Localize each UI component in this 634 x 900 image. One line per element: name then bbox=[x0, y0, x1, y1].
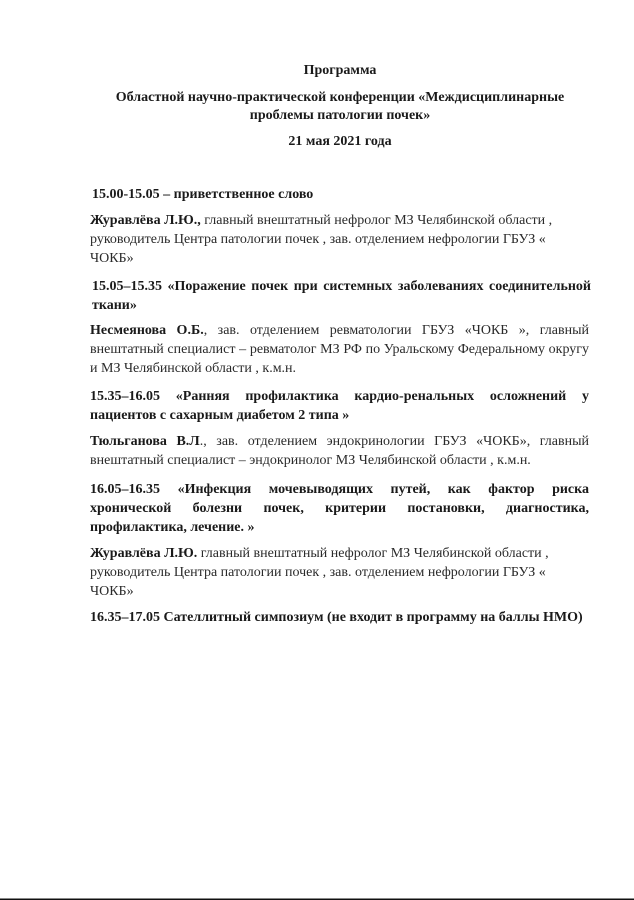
conference-name: Областной научно-практической конференци… bbox=[90, 89, 590, 125]
document-page: Программа Областной научно-практической … bbox=[0, 0, 634, 898]
session-3-speaker: Тюльганова В.Л., зав. отделением эндокри… bbox=[90, 432, 589, 470]
speaker-name: Несмеянова О.Б. bbox=[90, 323, 204, 338]
session-time: 16.05–16.35 bbox=[90, 482, 160, 497]
session-time: 15.35–16.05 bbox=[90, 389, 160, 404]
session-2-speaker: Несмеянова О.Б., зав. отделением ревмато… bbox=[90, 321, 589, 378]
session-1-speaker: Журавлёва Л.Ю., главный внештатный нефро… bbox=[90, 211, 589, 268]
session-topic: Сателлитный симпозиум (не входит в прогр… bbox=[164, 610, 583, 625]
session-2-heading: 15.05–15.35 «Поражение почек при системн… bbox=[90, 277, 591, 315]
speaker-name: Журавлёва Л.Ю., bbox=[90, 213, 201, 228]
session-time: 16.35–17.05 bbox=[90, 610, 160, 625]
session-3-heading: 15.35–16.05 «Ранняя профилактика кардио-… bbox=[90, 387, 589, 425]
session-time: 15.00-15.05 bbox=[92, 187, 160, 202]
document-title: Программа bbox=[90, 62, 590, 80]
session-1-heading: 15.00-15.05 – приветственное слово bbox=[90, 185, 591, 204]
session-topic: приветственное слово bbox=[174, 187, 314, 202]
speaker-name: Тюльганова В.Л bbox=[90, 434, 200, 449]
conference-date: 21 мая 2021 года bbox=[90, 133, 590, 151]
session-time: 15.05–15.35 bbox=[92, 279, 162, 294]
session-4-heading: 16.05–16.35 «Инфекция мочевыводящих путе… bbox=[90, 480, 589, 537]
speaker-name: Журавлёва Л.Ю. bbox=[90, 546, 197, 561]
session-topic: «Поражение почек при системных заболеван… bbox=[92, 279, 591, 313]
session-4-speaker: Журавлёва Л.Ю. главный внештатный нефрол… bbox=[90, 544, 589, 601]
session-5-heading: 16.35–17.05 Сателлитный симпозиум (не вх… bbox=[90, 608, 589, 627]
